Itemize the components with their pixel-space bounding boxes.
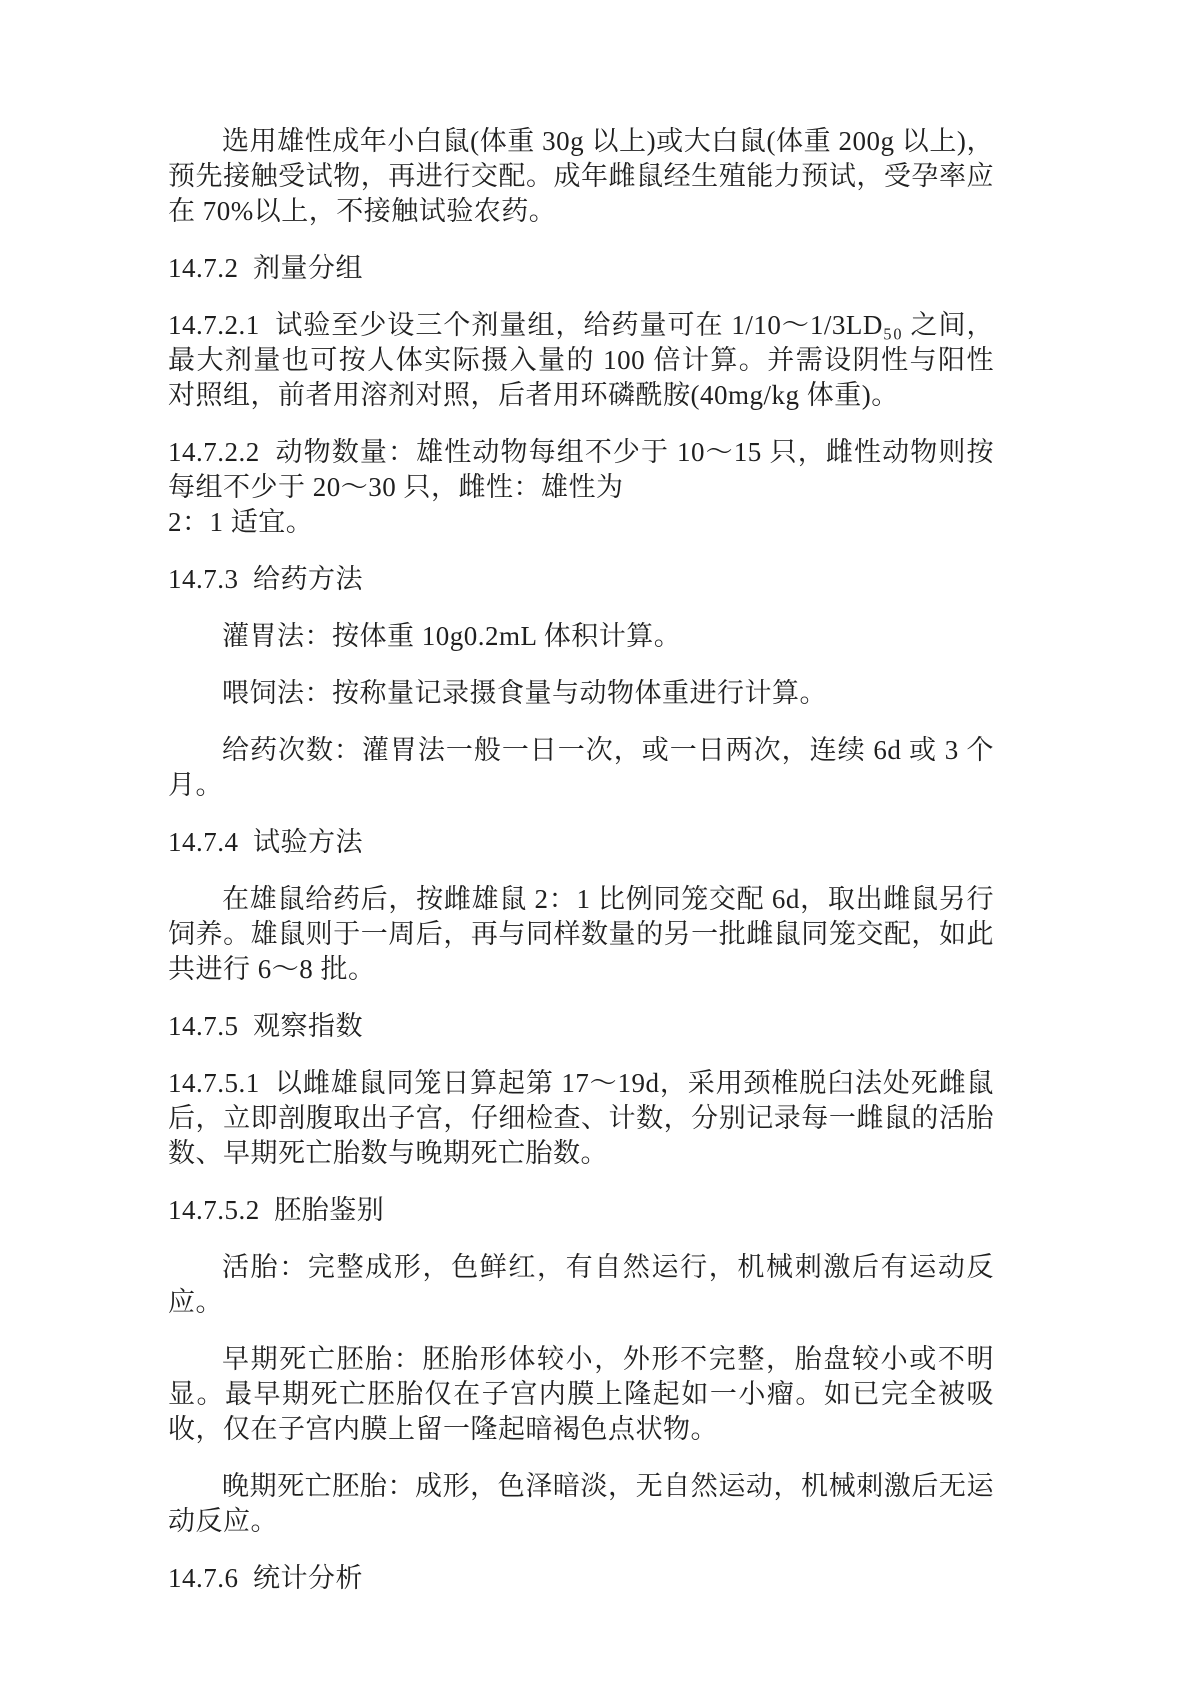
paragraph: 14.7.2.2 动物数量：雄性动物每组不少于 10～15 只，雌性动物则按每组… bbox=[168, 435, 994, 540]
paragraph: 灌胃法：按体重 10g0.2mL 体积计算。 bbox=[168, 619, 994, 654]
paragraph: 14.7.5.1 以雌雄鼠同笼日算起第 17～19d，采用颈椎脱臼法处死雌鼠后，… bbox=[168, 1066, 994, 1171]
section-heading: 14.7.3 给药方法 bbox=[168, 562, 994, 597]
paragraph: 选用雄性成年小白鼠(体重 30g 以上)或大白鼠(体重 200g 以上)，预先接… bbox=[168, 124, 994, 229]
paragraph: 活胎：完整成形，色鲜红，有自然运行，机械刺激后有运动反应。 bbox=[168, 1250, 994, 1320]
section-heading: 14.7.2 剂量分组 bbox=[168, 251, 994, 286]
paragraph: 给药次数：灌胃法一般一日一次，或一日两次，连续 6d 或 3 个月。 bbox=[168, 733, 994, 803]
paragraph: 喂饲法：按称量记录摄食量与动物体重进行计算。 bbox=[168, 676, 994, 711]
paragraph: 14.7.2.1 试验至少设三个剂量组，给药量可在 1/10～1/3LD₅₀ 之… bbox=[168, 308, 994, 413]
section-heading: 14.7.4 试验方法 bbox=[168, 825, 994, 860]
document-content: 选用雄性成年小白鼠(体重 30g 以上)或大白鼠(体重 200g 以上)，预先接… bbox=[168, 124, 994, 1596]
paragraph: 晚期死亡胚胎：成形，色泽暗淡，无自然运动，机械刺激后无运动反应。 bbox=[168, 1469, 994, 1539]
section-heading: 14.7.5.2 胚胎鉴别 bbox=[168, 1193, 994, 1228]
paragraph: 早期死亡胚胎：胚胎形体较小，外形不完整，胎盘较小或不明显。最早期死亡胚胎仅在子宫… bbox=[168, 1342, 994, 1447]
section-heading: 14.7.5 观察指数 bbox=[168, 1009, 994, 1044]
section-heading: 14.7.6 统计分析 bbox=[168, 1561, 994, 1596]
document-page: 选用雄性成年小白鼠(体重 30g 以上)或大白鼠(体重 200g 以上)，预先接… bbox=[0, 0, 1200, 1696]
paragraph: 在雄鼠给药后，按雌雄鼠 2：1 比例同笼交配 6d，取出雌鼠另行饲养。雄鼠则于一… bbox=[168, 882, 994, 987]
